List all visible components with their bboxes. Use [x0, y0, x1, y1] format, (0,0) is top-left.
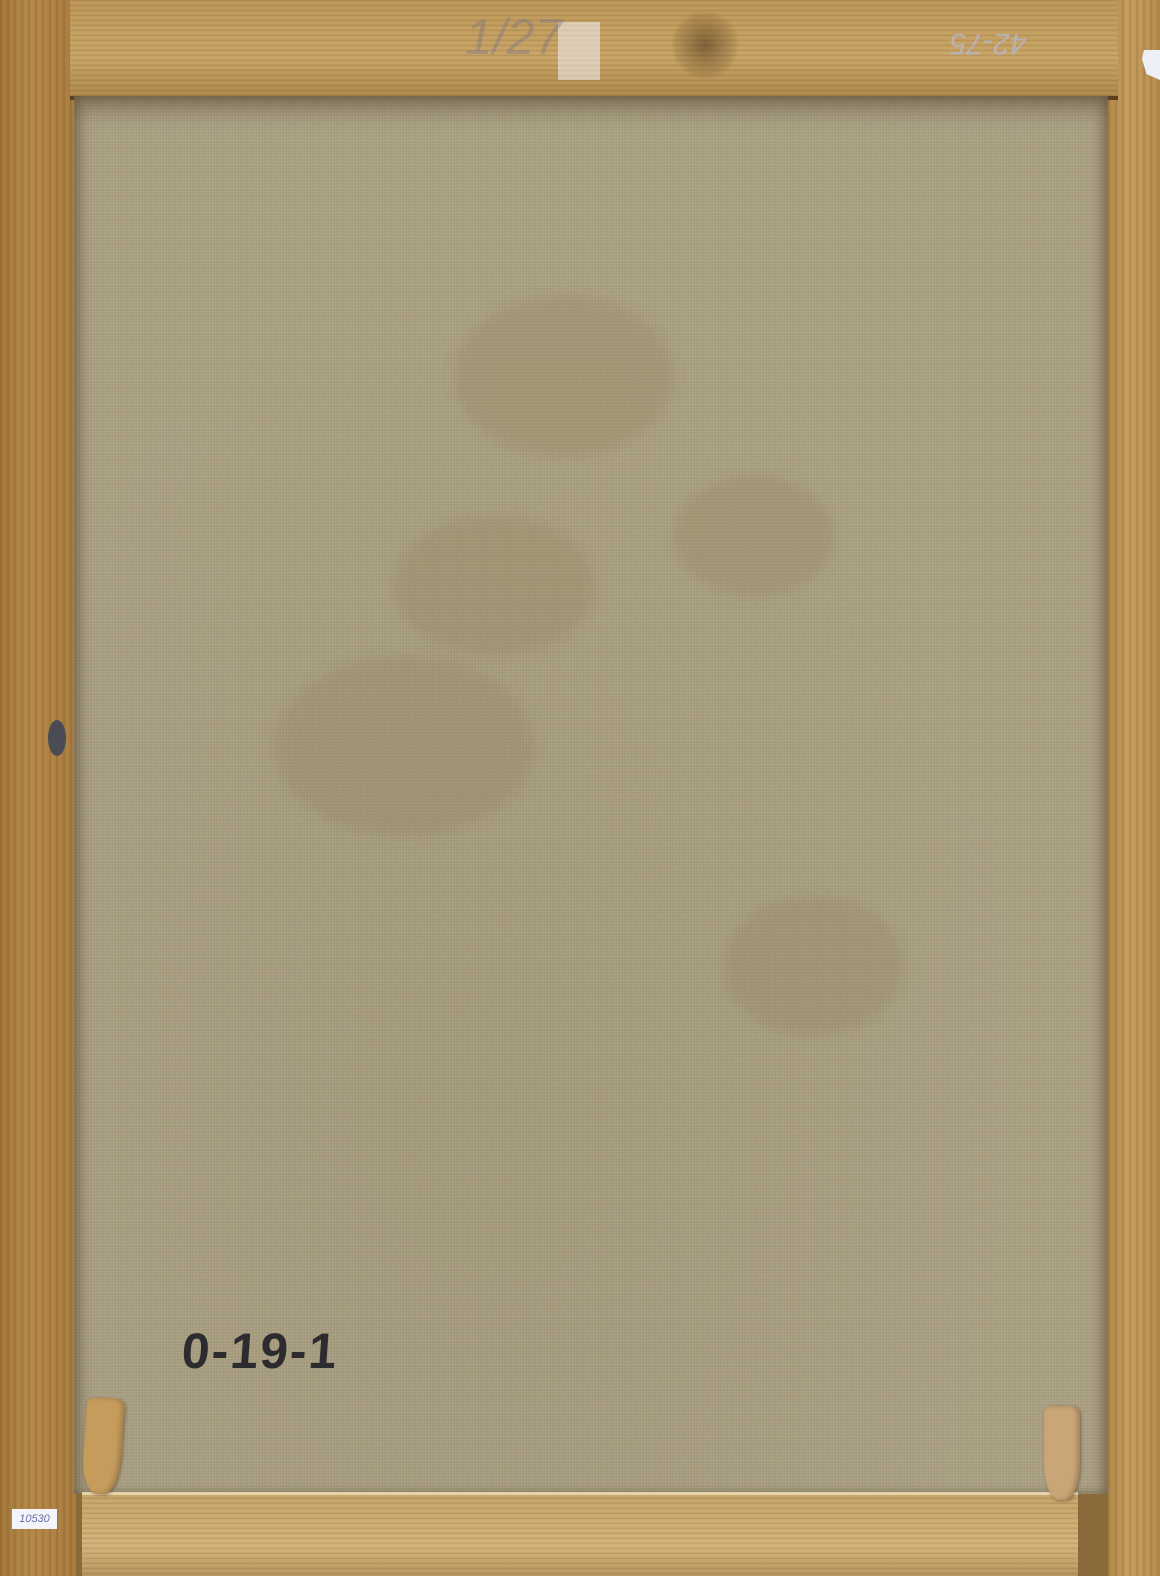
tape-piece	[558, 22, 600, 80]
stretcher-bottom-bar	[82, 1492, 1078, 1576]
top-right-inscription: 42-75	[950, 26, 1027, 60]
wood-knot	[670, 10, 740, 80]
canvas-stain	[674, 476, 834, 596]
canvas-stain	[454, 296, 674, 456]
stretcher-left-bar	[0, 0, 76, 1576]
stretcher-right-bar	[1108, 0, 1160, 1576]
canvas-stain	[394, 516, 594, 656]
canvas-back	[74, 96, 1108, 1494]
inventory-number: 0-19-1	[180, 1322, 341, 1380]
canvas-stain	[724, 896, 904, 1036]
wood-knot	[48, 720, 66, 756]
faint-inscription: 1/27	[465, 8, 562, 66]
stretcher-key-right	[1044, 1406, 1080, 1500]
canvas-stain	[274, 656, 534, 836]
label-sticker: 10530	[12, 1509, 57, 1529]
